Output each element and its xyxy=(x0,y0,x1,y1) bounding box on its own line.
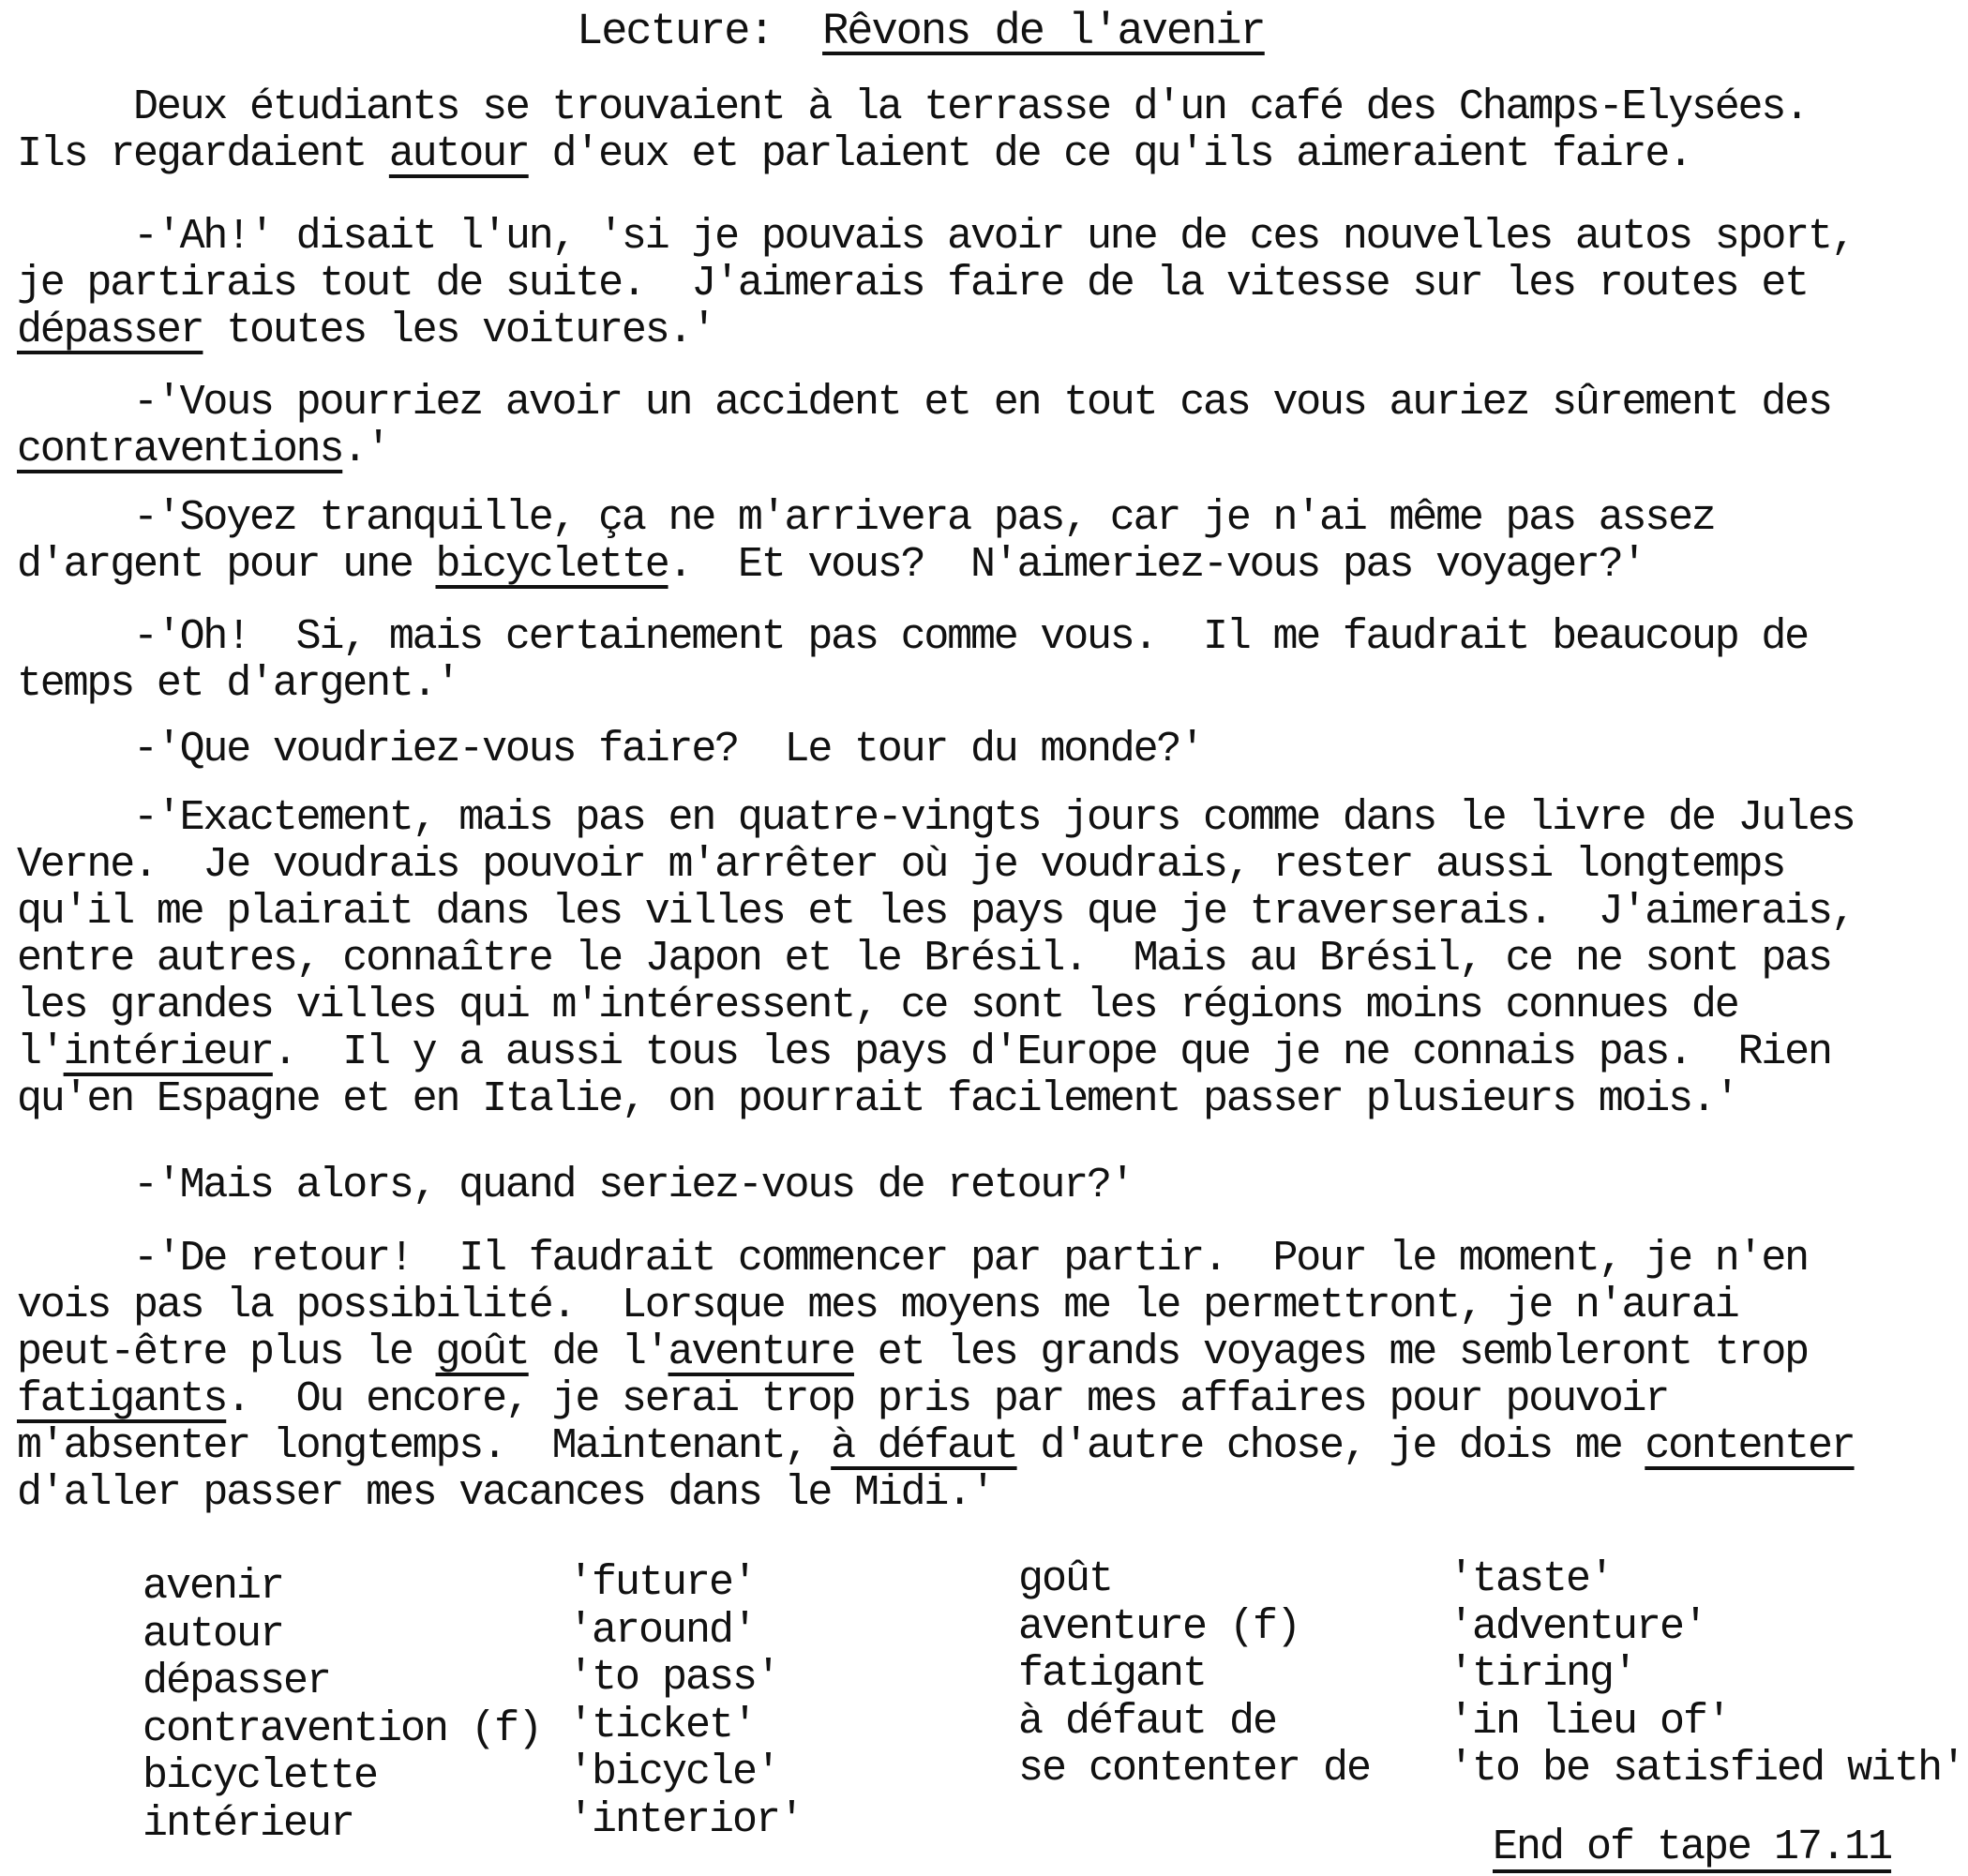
text-line: -'Ah!' disait l'un, 'si je pouvais avoir… xyxy=(17,214,1948,261)
text-line: -'Exactement, mais pas en quatre-vingts … xyxy=(17,795,1948,842)
text-line: Deux étudiants se trouvaient à la terras… xyxy=(17,84,1948,131)
text-line: entre autres, connaître le Japon et le B… xyxy=(17,936,1948,983)
text-line: Ils regardaient autour d'eux et parlaien… xyxy=(17,131,1948,178)
text-line: m'absenter longtemps. Maintenant, à défa… xyxy=(17,1423,1948,1470)
paragraph: -'Que voudriez-vous faire? Le tour du mo… xyxy=(17,727,1948,773)
vocab-gloss: 'ticket' xyxy=(568,1703,803,1750)
vocab-term: bicyclette xyxy=(143,1753,541,1801)
text-segment: m'absenter longtemps. Maintenant, xyxy=(17,1422,831,1470)
text-segment: . Et vous? N'aimeriez-vous pas voyager?' xyxy=(669,541,1645,589)
vocab-term: avenir xyxy=(143,1564,541,1612)
vocab-gloss: 'tiring' xyxy=(1449,1651,1964,1699)
text-segment: -'Soyez tranquille, ça ne m'arrivera pas… xyxy=(17,494,1715,542)
text-line: peut-être plus le goût de l'aventure et … xyxy=(17,1329,1948,1376)
vocab-gloss: 'adventure' xyxy=(1449,1604,1964,1652)
text-segment: . Il y a aussi tous les pays d'Europe qu… xyxy=(273,1028,1831,1076)
text-line: contraventions.' xyxy=(17,427,1948,473)
text-segment: d'argent pour une xyxy=(17,541,435,589)
text-segment: les grandes villes qui m'intéressent, ce… xyxy=(17,982,1738,1029)
vocabulary-left-terms: avenirautourdépassercontravention (f)bic… xyxy=(143,1564,541,1848)
text-line: -'Soyez tranquille, ça ne m'arrivera pas… xyxy=(17,495,1948,542)
vocab-gloss: 'future' xyxy=(568,1560,803,1608)
title-prefix: Lecture: xyxy=(577,8,774,57)
text-segment: toutes les voitures.' xyxy=(203,307,714,354)
text-segment: Verne. Je voudrais pouvoir m'arrêter où … xyxy=(17,841,1784,889)
vocabulary-word: fatigants xyxy=(17,1375,226,1423)
text-segment: Ils regardaient xyxy=(17,130,389,178)
text-line: Verne. Je voudrais pouvoir m'arrêter où … xyxy=(17,842,1948,889)
text-segment: -'De retour! Il faudrait commencer par p… xyxy=(17,1235,1808,1283)
vocabulary-word: à défaut xyxy=(831,1422,1016,1470)
text-segment: qu'il me plairait dans les villes et les… xyxy=(17,888,1855,936)
text-segment: -'Vous pourriez avoir un accident et en … xyxy=(17,379,1831,427)
text-line: je partirais tout de suite. J'aimerais f… xyxy=(17,261,1948,308)
text-segment: peut-être plus le xyxy=(17,1328,435,1376)
text-segment: . Ou encore, je serai trop pris par mes … xyxy=(226,1375,1668,1423)
vocabulary-word: dépasser xyxy=(17,307,203,354)
vocab-gloss: 'around' xyxy=(568,1608,803,1656)
text-line: qu'il me plairait dans les villes et les… xyxy=(17,889,1948,936)
vocab-gloss: 'to be satisfied with' xyxy=(1449,1746,1964,1793)
vocab-term: à défaut de xyxy=(1018,1699,1370,1747)
vocab-gloss: 'taste' xyxy=(1449,1556,1964,1604)
vocab-gloss: 'to pass' xyxy=(568,1655,803,1703)
text-line: vois pas la possibilité. Lorsque mes moy… xyxy=(17,1283,1948,1329)
text-segment: de l' xyxy=(529,1328,669,1376)
text-segment: Deux étudiants se trouvaient à la terras… xyxy=(17,83,1808,131)
text-segment: d'eux et parlaient de ce qu'ils aimeraie… xyxy=(529,130,1691,178)
vocabulary-word: autour xyxy=(389,130,529,178)
paragraph: -'Mais alors, quand seriez-vous de retou… xyxy=(17,1163,1948,1209)
vocab-term: fatigant xyxy=(1018,1651,1370,1699)
paragraph: -'De retour! Il faudrait commencer par p… xyxy=(17,1236,1948,1517)
paragraph: -'Ah!' disait l'un, 'si je pouvais avoir… xyxy=(17,214,1948,354)
page-title: Lecture: Rêvons de l'avenir xyxy=(577,8,1265,57)
vocab-term: aventure (f) xyxy=(1018,1604,1370,1652)
text-line: qu'en Espagne et en Italie, on pourrait … xyxy=(17,1076,1948,1123)
document-page: Lecture: Rêvons de l'avenir Deux étudian… xyxy=(0,0,1968,1876)
vocabulary-word: bicyclette xyxy=(435,541,668,589)
vocab-gloss: 'bicycle' xyxy=(568,1749,803,1797)
text-line: temps et d'argent.' xyxy=(17,661,1948,708)
text-segment: je partirais tout de suite. J'aimerais f… xyxy=(17,260,1808,308)
text-segment: qu'en Espagne et en Italie, on pourrait … xyxy=(17,1075,1738,1123)
text-line: -'Oh! Si, mais certainement pas comme vo… xyxy=(17,614,1948,661)
text-segment: -'Exactement, mais pas en quatre-vingts … xyxy=(17,794,1855,842)
vocab-term: contravention (f) xyxy=(143,1706,541,1754)
vocabulary-right-glosses: 'taste''adventure''tiring''in lieu of''t… xyxy=(1449,1556,1964,1793)
vocab-gloss: 'in lieu of' xyxy=(1449,1699,1964,1747)
text-segment: vois pas la possibilité. Lorsque mes moy… xyxy=(17,1282,1738,1329)
text-line: l'intérieur. Il y a aussi tous les pays … xyxy=(17,1029,1948,1076)
text-segment: .' xyxy=(342,426,389,473)
text-segment: -'Que voudriez-vous faire? Le tour du mo… xyxy=(17,726,1203,773)
text-segment: d'aller passer mes vacances dans le Midi… xyxy=(17,1469,994,1517)
vocabulary-word: contenter xyxy=(1645,1422,1854,1470)
vocab-term: autour xyxy=(143,1612,541,1659)
text-line: d'argent pour une bicyclette. Et vous? N… xyxy=(17,542,1948,589)
title-text: Rêvons de l'avenir xyxy=(822,8,1265,57)
text-line: -'Vous pourriez avoir un accident et en … xyxy=(17,380,1948,427)
text-segment: entre autres, connaître le Japon et le B… xyxy=(17,935,1831,983)
vocabulary-word: contraventions xyxy=(17,426,342,473)
paragraph: -'Exactement, mais pas en quatre-vingts … xyxy=(17,795,1948,1123)
paragraph: Deux étudiants se trouvaient à la terras… xyxy=(17,84,1948,178)
vocabulary-word: goût xyxy=(435,1328,528,1376)
vocab-gloss: 'interior' xyxy=(568,1797,803,1845)
end-of-tape-note: End of tape 17.11 xyxy=(1493,1823,1891,1871)
vocabulary-word: intérieur xyxy=(64,1028,273,1076)
text-line: -'Que voudriez-vous faire? Le tour du mo… xyxy=(17,727,1948,773)
vocab-term: dépasser xyxy=(143,1658,541,1706)
text-line: dépasser toutes les voitures.' xyxy=(17,308,1948,354)
text-segment: l' xyxy=(17,1028,64,1076)
vocab-term: se contenter de xyxy=(1018,1746,1370,1793)
paragraph: -'Soyez tranquille, ça ne m'arrivera pas… xyxy=(17,495,1948,589)
vocab-term: goût xyxy=(1018,1556,1370,1604)
text-line: d'aller passer mes vacances dans le Midi… xyxy=(17,1470,1948,1517)
text-segment: et les grands voyages me sembleront trop xyxy=(854,1328,1808,1376)
paragraph: -'Oh! Si, mais certainement pas comme vo… xyxy=(17,614,1948,708)
vocabulary-word: aventure xyxy=(669,1328,854,1376)
text-line: -'De retour! Il faudrait commencer par p… xyxy=(17,1236,1948,1283)
text-line: fatigants. Ou encore, je serai trop pris… xyxy=(17,1376,1948,1423)
text-segment: -'Oh! Si, mais certainement pas comme vo… xyxy=(17,613,1808,661)
text-segment: -'Ah!' disait l'un, 'si je pouvais avoir… xyxy=(17,213,1855,261)
text-line: les grandes villes qui m'intéressent, ce… xyxy=(17,983,1948,1029)
text-line: -'Mais alors, quand seriez-vous de retou… xyxy=(17,1163,1948,1209)
text-segment: temps et d'argent.' xyxy=(17,660,458,708)
vocabulary-left-glosses: 'future''around''to pass''ticket''bicycl… xyxy=(568,1560,803,1844)
text-segment: -'Mais alors, quand seriez-vous de retou… xyxy=(17,1162,1134,1209)
text-segment: d'autre chose, je dois me xyxy=(1017,1422,1645,1470)
vocabulary-right-terms: goûtaventure (f)fatigantà défaut dese co… xyxy=(1018,1556,1370,1793)
paragraph: -'Vous pourriez avoir un accident et en … xyxy=(17,380,1948,473)
vocab-term: intérieur xyxy=(143,1801,541,1849)
